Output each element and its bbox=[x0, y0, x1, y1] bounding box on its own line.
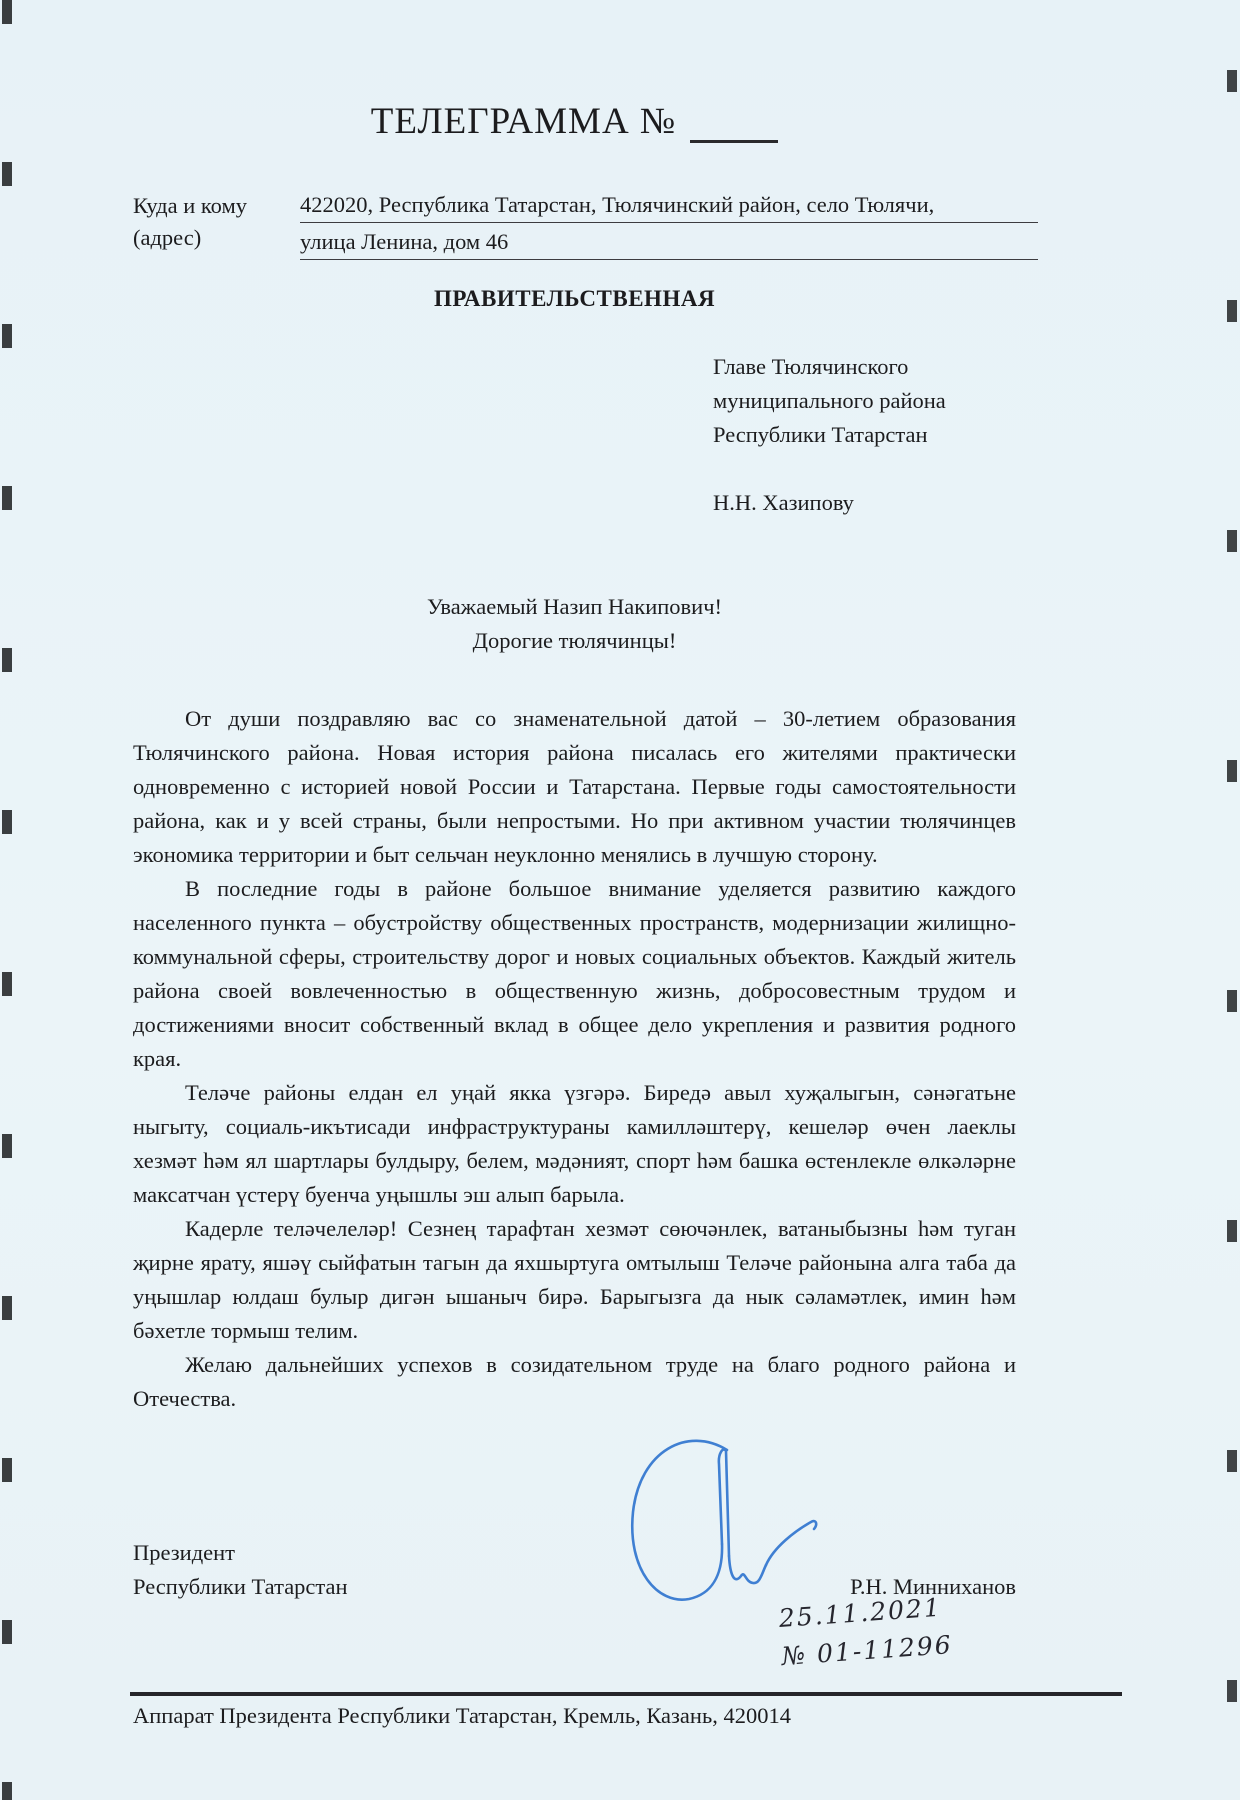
address-lines: 422020, Республика Татарстан, Тюлячински… bbox=[300, 190, 1038, 264]
address-line-2: улица Ленина, дом 46 bbox=[300, 227, 1038, 260]
salutation-line-2: Дорогие тюлячинцы! bbox=[133, 624, 1016, 658]
address-block: Куда и кому (адрес) 422020, Республика Т… bbox=[133, 190, 1038, 264]
paragraph-1: От души поздравляю вас со знаменательной… bbox=[133, 702, 1016, 872]
document-title: ТЕЛЕГРАММА № bbox=[371, 101, 676, 142]
signer-position: Президент Республики Татарстан bbox=[133, 1536, 348, 1604]
address-label-line1: Куда и кому bbox=[133, 190, 300, 222]
address-label-line2: (адрес) bbox=[133, 222, 300, 254]
document-title-row: ТЕЛЕГРАММА № bbox=[133, 100, 1016, 143]
telegram-document-page: ТЕЛЕГРАММА № Куда и кому (адрес) 422020,… bbox=[0, 0, 1240, 1800]
signer-position-line1: Президент bbox=[133, 1536, 348, 1570]
recipient-line-3: Республики Татарстан bbox=[713, 418, 946, 452]
recipient-line-1: Главе Тюлячинского bbox=[713, 350, 946, 384]
paragraph-5: Желаю дальнейших успехов в созидательном… bbox=[133, 1348, 1016, 1416]
classification-heading: ПРАВИТЕЛЬСТВЕННАЯ bbox=[133, 286, 1016, 312]
handwritten-annotation: 25.11.2021 № 01-11296 bbox=[778, 1584, 1013, 1676]
scan-artifact-strip-left bbox=[2, 0, 12, 1800]
paragraph-2: В последние годы в районе большое вниман… bbox=[133, 872, 1016, 1076]
salutation-line-1: Уважаемый Назип Накипович! bbox=[133, 590, 1016, 624]
address-label: Куда и кому (адрес) bbox=[133, 190, 300, 264]
signer-position-line2: Республики Татарстан bbox=[133, 1570, 348, 1604]
footer-sender-address: Аппарат Президента Республики Татарстан,… bbox=[133, 1703, 791, 1729]
letter-body: От души поздравляю вас со знаменательной… bbox=[133, 702, 1016, 1416]
telegram-number-blank bbox=[690, 140, 778, 143]
recipient-name: Н.Н. Хазипову bbox=[713, 486, 946, 520]
recipient-block: Главе Тюлячинского муниципального района… bbox=[713, 350, 946, 520]
scan-artifact-strip-right bbox=[1227, 0, 1237, 1800]
address-line-1: 422020, Республика Татарстан, Тюлячински… bbox=[300, 190, 1038, 223]
paragraph-3: Теләче районы елдан ел уңай якка үзгәрә.… bbox=[133, 1076, 1016, 1212]
paragraph-4: Кадерле теләчелеләр! Сезнең тарафтан хез… bbox=[133, 1212, 1016, 1348]
recipient-line-2: муниципального района bbox=[713, 384, 946, 418]
footer-divider bbox=[130, 1692, 1122, 1696]
salutation-block: Уважаемый Назип Накипович! Дорогие тюляч… bbox=[133, 590, 1016, 658]
